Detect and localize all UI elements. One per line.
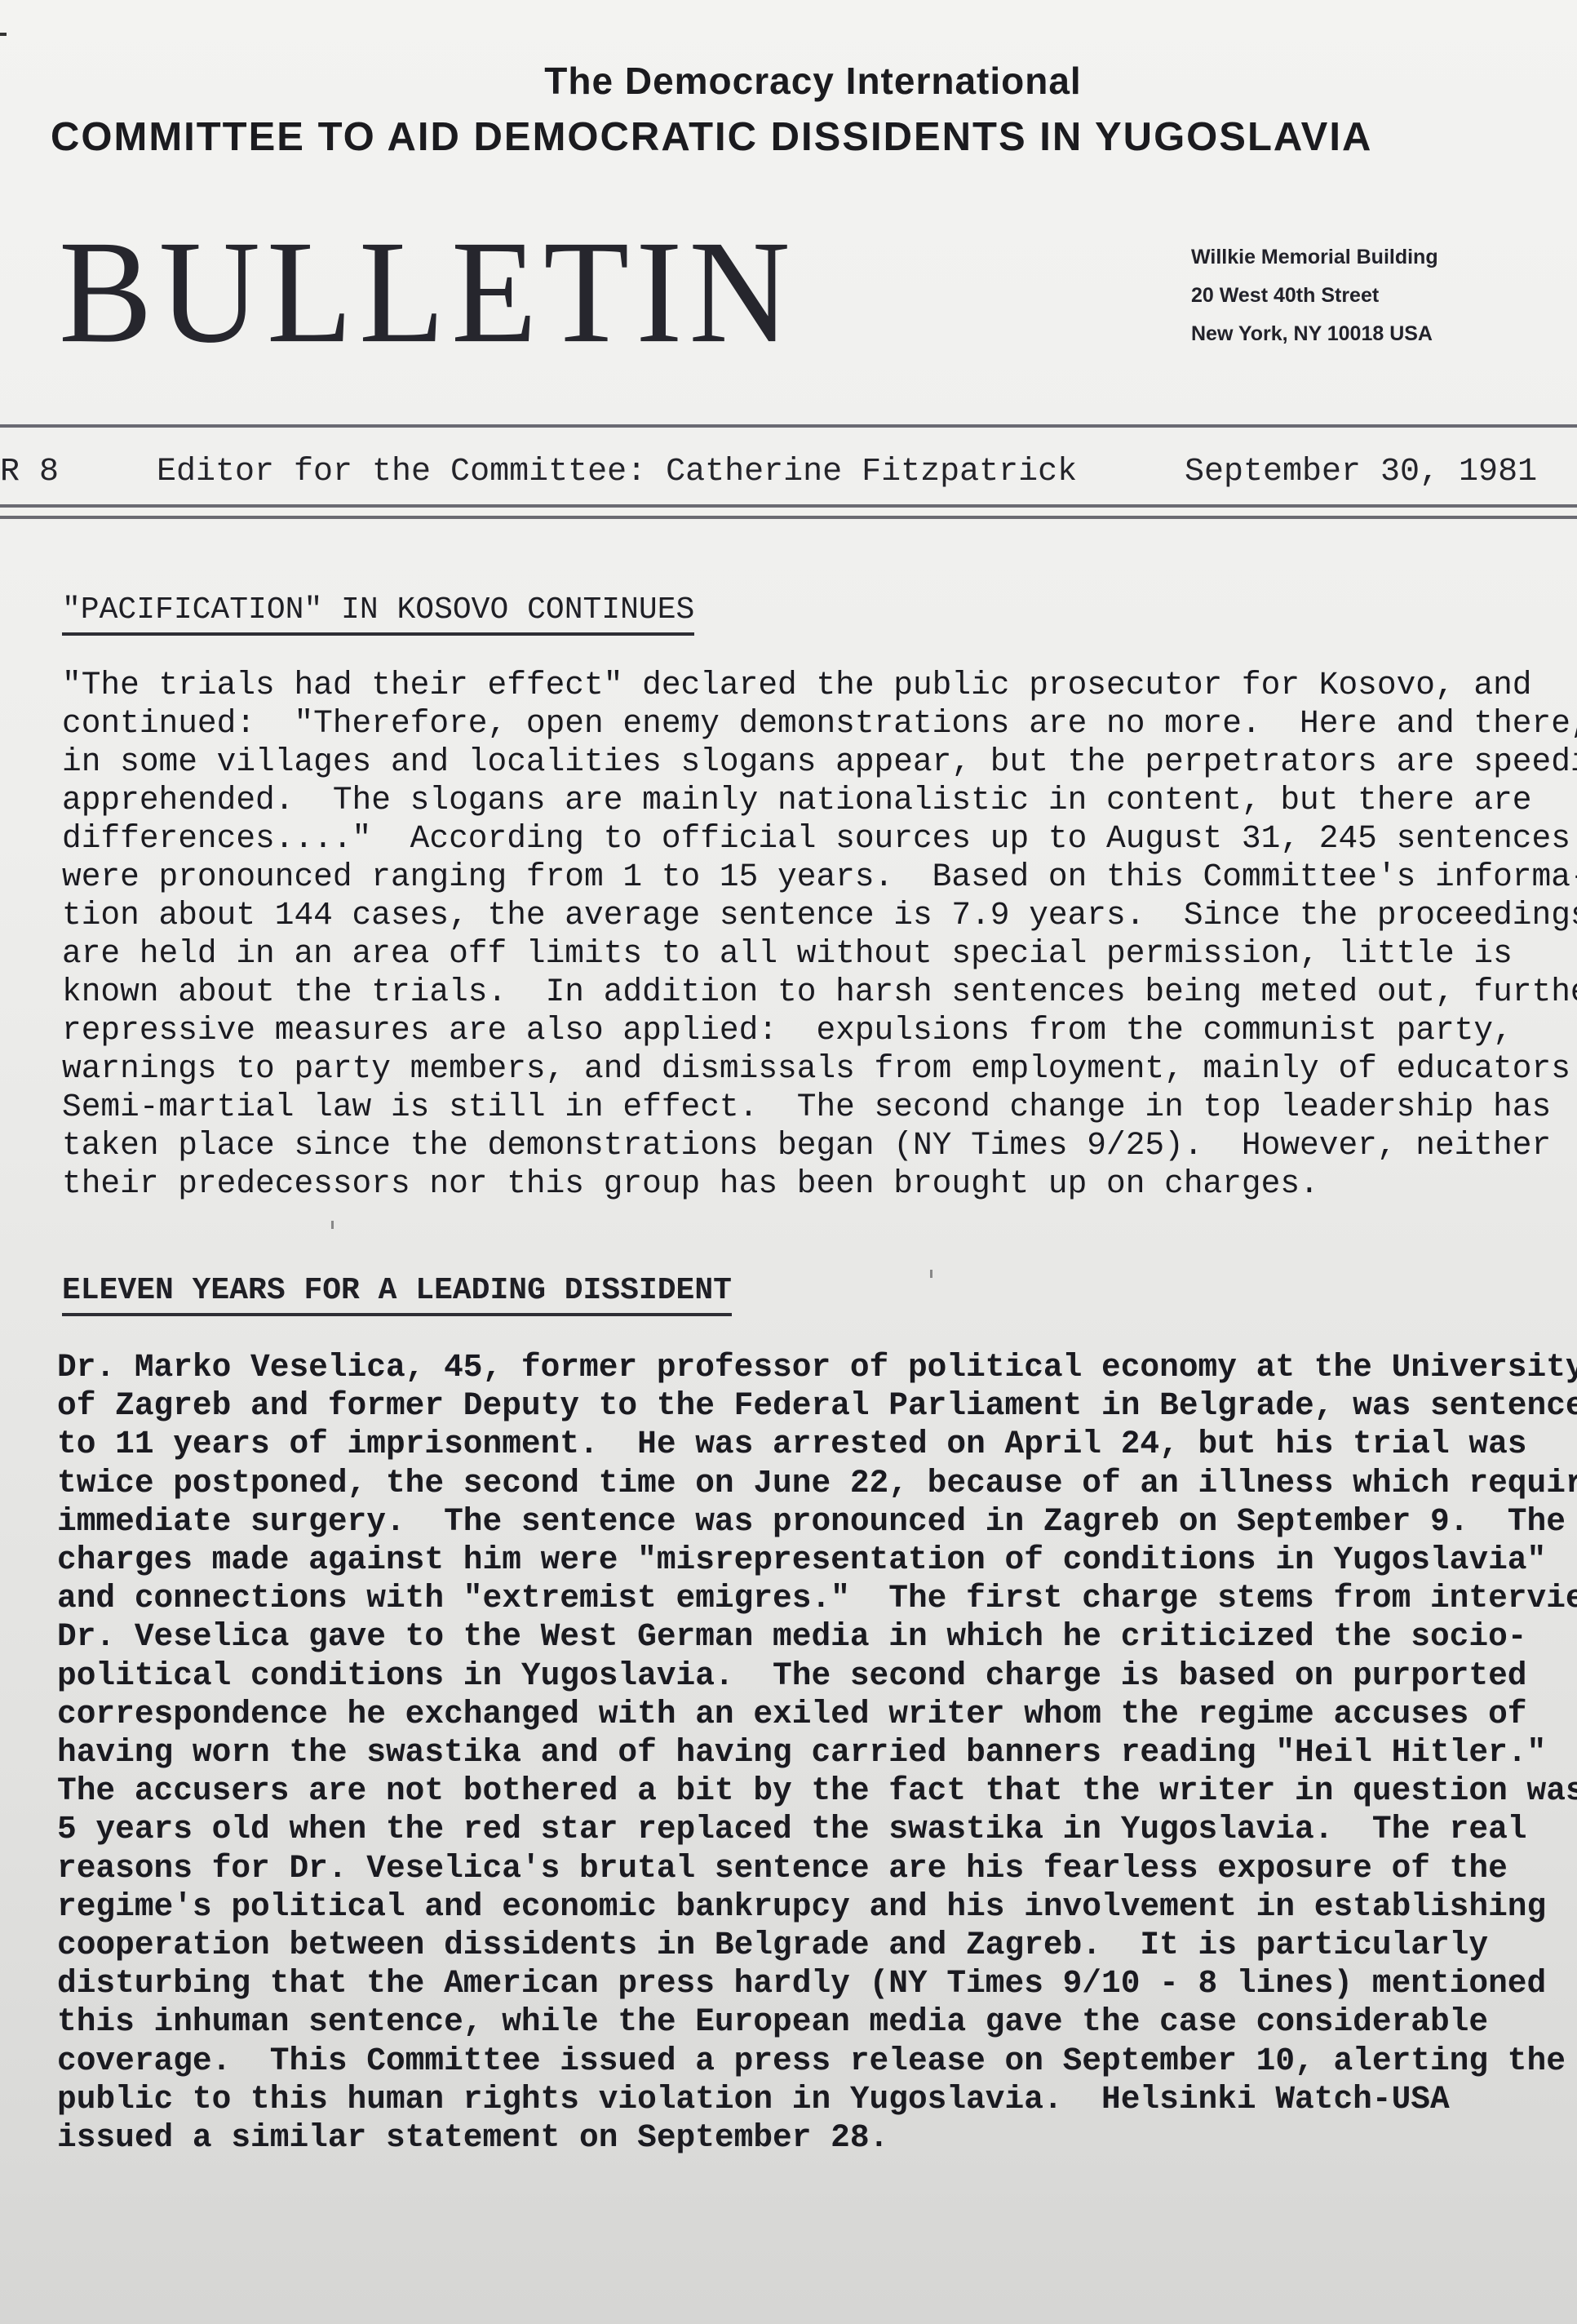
issue-number: R 8 — [0, 454, 59, 490]
address-block: Willkie Memorial Building 20 West 40th S… — [1191, 238, 1438, 353]
address-line: New York, NY 10018 USA — [1191, 315, 1438, 353]
corner-mark — [0, 33, 7, 36]
article-title-kosovo: "PACIFICATION" IN KOSOVO CONTINUES — [62, 592, 694, 636]
divider-rule — [0, 504, 1577, 508]
address-line: 20 West 40th Street — [1191, 277, 1438, 315]
divider-rule — [0, 424, 1577, 428]
committee-name: COMMITTEE TO AID DEMOCRATIC DISSIDENTS I… — [51, 114, 1372, 160]
editor-credit: Editor for the Committee: Catherine Fitz… — [157, 454, 1077, 490]
paper-speck — [331, 1221, 334, 1229]
paper-speck — [930, 1270, 932, 1278]
bulletin-page: The Democracy International COMMITTEE TO… — [0, 0, 1577, 2324]
divider-rule — [0, 516, 1577, 519]
article-body-kosovo: "The trials had their effect" declared t… — [62, 666, 1577, 1203]
masthead-title: BULLETIN — [59, 219, 797, 366]
address-line: Willkie Memorial Building — [1191, 238, 1438, 277]
article-body-veselica: Dr. Marko Veselica, 45, former professor… — [57, 1348, 1577, 2157]
issue-date: September 30, 1981 — [1185, 454, 1537, 490]
org-name: The Democracy International — [0, 59, 1577, 103]
article-title-veselica: ELEVEN YEARS FOR A LEADING DISSIDENT — [62, 1273, 732, 1316]
